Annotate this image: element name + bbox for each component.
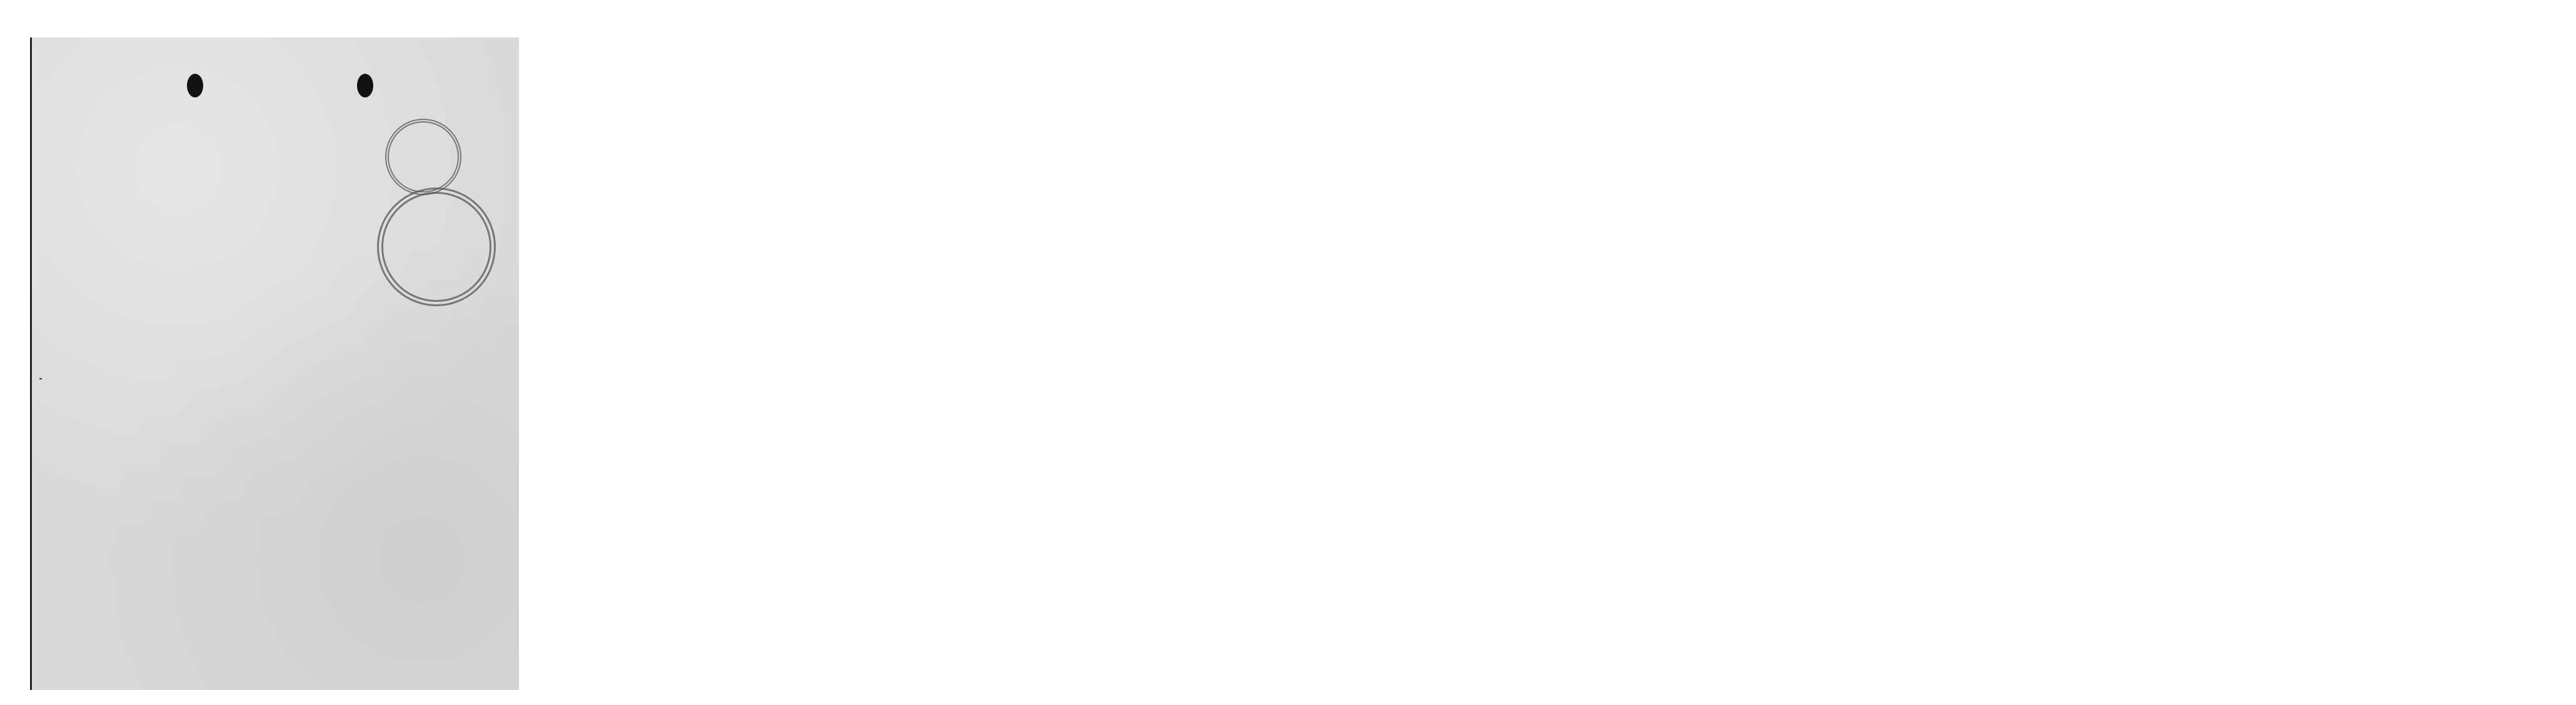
clock-stamp [385,119,461,195]
margin-stamp [39,378,42,379]
punch-hole [187,74,203,97]
punch-hole [357,74,373,97]
page-cover-letter [30,37,519,690]
received-stamp [377,187,496,306]
